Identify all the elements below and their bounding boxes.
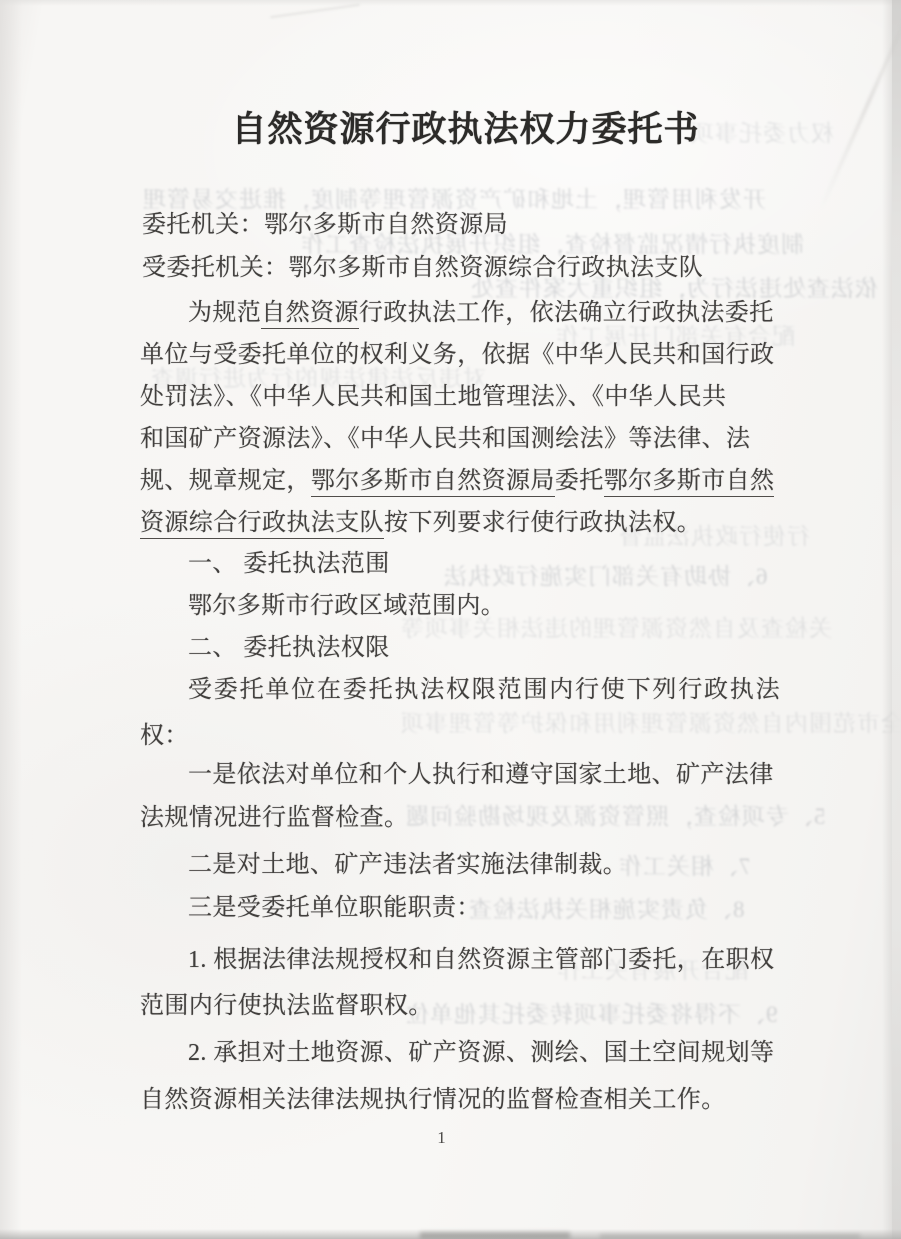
para-legal-basis-line-5: 规、规章规定，鄂尔多斯市自然资源局委托鄂尔多斯市自然 [140,466,774,496]
page-number: 1 [0,1128,901,1148]
paper-left-shadow [0,0,22,1239]
text-segment: 行政执法工作，依法确立行政执法委托 [359,300,774,326]
bleed-through-text: 8、负责实施相关执法检查 [468,891,745,924]
text-segment: 为规范 [188,300,261,326]
text-segment: 委托 [555,468,604,494]
bleed-through-text: 6、协助有关部门实施行政执法 [443,558,768,591]
document-title: 自然资源行政执法权力委托书 [0,108,901,152]
text-segment: 按下列要求行使行政执法权。 [384,510,701,536]
para-legal-basis-line-6: 资源综合行政执法支队按下列要求行使行政执法权。 [140,508,701,538]
duty-1-line-1: 1. 根据法律法规授权和自然资源主管部门委托，在职权 [188,945,774,975]
underlined-text: 自然资源 [261,300,359,329]
paper-right-edge [892,0,901,1239]
para-legal-basis-line-1: 为规范自然资源行政执法工作，依法确立行政执法委托 [188,298,774,328]
para-legal-basis-line-2: 单位与受委托单位的权利义务，依据《中华人民共和国行政 [140,340,774,370]
duty-1-line-2: 范围内行使执法监督职权。 [140,991,433,1021]
section-2-heading: 二、 委托执法权限 [188,633,390,663]
bleed-through-text: 全市范围内自然资源管理利用和保护等管理事项 [400,705,901,738]
scanned-document-page: 权力委托事项 开发利用管理，土地和矿产资源管理等制度，推进交易管理 制度执行情况… [0,0,901,1239]
para-legal-basis-line-4: 和国矿产资源法》、《中华人民共和国测绘法》等法律、法 [140,424,750,454]
line-entrusted-agency: 受委托机关：鄂尔多斯市自然资源综合行政执法支队 [142,253,703,283]
item-one-line-1: 一是依法对单位和个人执行和遵守国家土地、矿产法律 [188,760,774,790]
underlined-text: 鄂尔多斯市自然资源局 [311,468,555,497]
bleed-through-text: 9、不得将委托事项转委托其他单位 [405,996,778,1029]
scan-smudge [600,1234,860,1239]
scan-smudge [420,1232,570,1239]
paper-right-soft-shadow [882,0,892,1239]
item-one-line-2: 法规情况进行监督检查。 [140,803,408,833]
bleed-through-text: 7、相关工作 [618,848,751,881]
underlined-text: 鄂尔多斯市自然 [604,468,775,497]
section-2-line-1: 受委托单位在委托执法权限范围内行使下列行政执法 [188,675,781,705]
duty-2-line-1: 2. 承担对土地资源、矿产资源、测绘、国土空间规划等 [188,1038,774,1068]
bleed-through-text: 5、专项检查，照管资源及现场勘验问题 [405,798,826,831]
line-entruster: 委托机关：鄂尔多斯市自然资源局 [142,210,508,240]
item-three-heading: 三是受委托单位职能职责： [188,893,481,923]
para-legal-basis-line-3: 处罚法》、《中华人民共和国土地管理法》、《中华人民共 [140,382,726,412]
duty-2-line-2: 自然资源相关法律法规执行情况的监督检查相关工作。 [140,1085,726,1115]
item-two: 二是对土地、矿产违法者实施法律制裁。 [188,850,627,880]
text-segment: 规、规章规定， [140,468,311,494]
section-1-heading: 一、 委托执法范围 [188,549,390,579]
underlined-text: 资源综合行政执法支队 [140,510,384,539]
paper-top-shadow [0,0,901,6]
section-2-line-2: 权： [140,721,189,751]
section-1-body: 鄂尔多斯市行政区域范围内。 [188,591,505,621]
